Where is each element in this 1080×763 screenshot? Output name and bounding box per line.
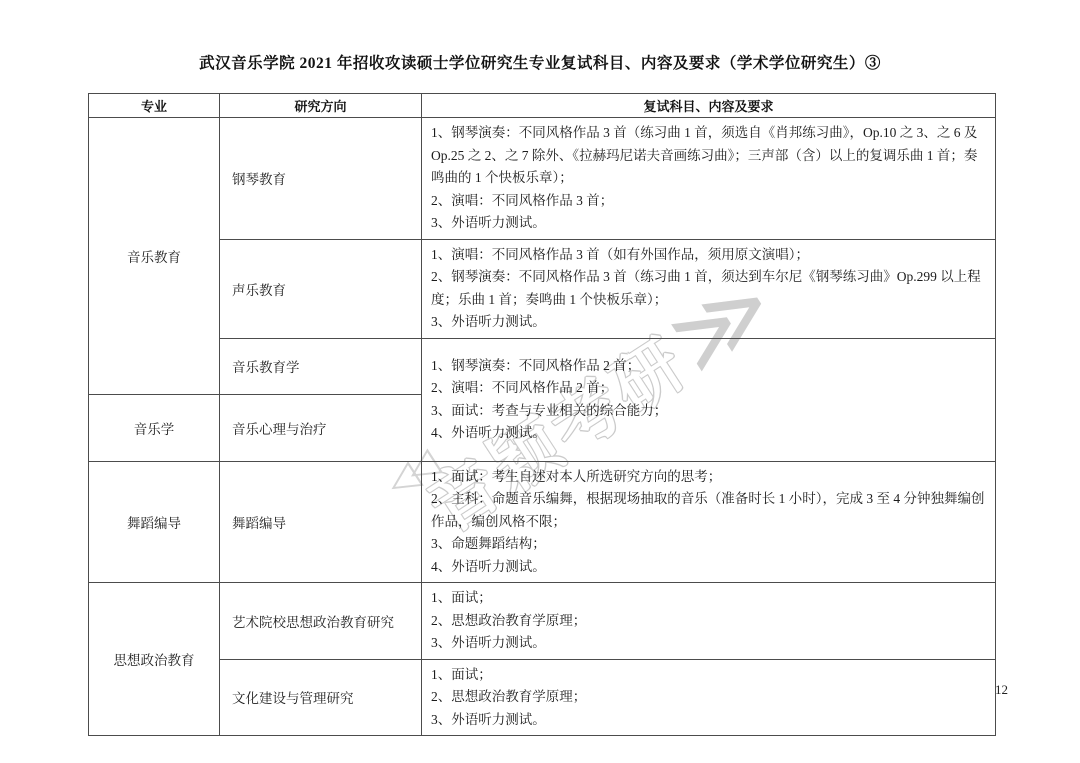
- document-page: 武汉音乐学院 2021 年招收攻读硕士学位研究生专业复试科目、内容及要求（学术学…: [0, 0, 1080, 763]
- col-header-requirements: 复试科目、内容及要求: [422, 94, 996, 118]
- direction-cell-culture-construction-management: 文化建设与管理研究: [220, 659, 422, 736]
- direction-cell-art-school-ideological-research: 艺术院校思想政治教育研究: [220, 583, 422, 660]
- requirements-cell-dance-choreography: 1、面试：考生自述对本人所选研究方向的思考； 2、主科：命题音乐编舞，根据现场抽…: [422, 461, 996, 583]
- requirements-cell-art-school-ideological-research: 1、面试； 2、思想政治教育学原理； 3、外语听力测试。: [422, 583, 996, 660]
- direction-cell-music-pedagogy: 音乐教育学: [220, 338, 422, 394]
- major-cell-musicology: 音乐学: [89, 394, 220, 461]
- requirements-cell-vocal-education: 1、演唱：不同风格作品 3 首（如有外国作品，须用原文演唱）； 2、钢琴演奏：不…: [422, 239, 996, 338]
- table-row: 音乐教育学 1、钢琴演奏：不同风格作品 2 首； 2、演唱：不同风格作品 2 首…: [89, 338, 996, 394]
- page-title: 武汉音乐学院 2021 年招收攻读硕士学位研究生专业复试科目、内容及要求（学术学…: [0, 51, 1080, 73]
- retest-requirements-table: 专业 研究方向 复试科目、内容及要求 音乐教育 钢琴教育 1、钢琴演奏：不同风格…: [88, 93, 996, 736]
- direction-cell-piano-education: 钢琴教育: [220, 118, 422, 240]
- direction-cell-vocal-education: 声乐教育: [220, 239, 422, 338]
- major-cell-dance-choreography: 舞蹈编导: [89, 461, 220, 583]
- table-row: 思想政治教育 艺术院校思想政治教育研究 1、面试； 2、思想政治教育学原理； 3…: [89, 583, 996, 660]
- direction-cell-dance-choreography: 舞蹈编导: [220, 461, 422, 583]
- requirements-cell-culture-construction-management: 1、面试； 2、思想政治教育学原理； 3、外语听力测试。: [422, 659, 996, 736]
- table-row: 声乐教育 1、演唱：不同风格作品 3 首（如有外国作品，须用原文演唱）； 2、钢…: [89, 239, 996, 338]
- table-header-row: 专业 研究方向 复试科目、内容及要求: [89, 94, 996, 118]
- major-cell-ideological-political-education: 思想政治教育: [89, 583, 220, 736]
- requirements-cell-piano-education: 1、钢琴演奏：不同风格作品 3 首（练习曲 1 首，须选自《肖邦练习曲》，Op.…: [422, 118, 996, 240]
- col-header-direction: 研究方向: [220, 94, 422, 118]
- col-header-major: 专业: [89, 94, 220, 118]
- page-number: 12: [995, 682, 1008, 698]
- table-row: 文化建设与管理研究 1、面试； 2、思想政治教育学原理； 3、外语听力测试。: [89, 659, 996, 736]
- requirements-cell-music-pedagogy-and-psychology: 1、钢琴演奏：不同风格作品 2 首； 2、演唱：不同风格作品 2 首； 3、面试…: [422, 338, 996, 461]
- table-row: 音乐教育 钢琴教育 1、钢琴演奏：不同风格作品 3 首（练习曲 1 首，须选自《…: [89, 118, 996, 240]
- direction-cell-music-psychology-therapy: 音乐心理与治疗: [220, 394, 422, 461]
- major-cell-music-education: 音乐教育: [89, 118, 220, 395]
- table-row: 舞蹈编导 舞蹈编导 1、面试：考生自述对本人所选研究方向的思考； 2、主科：命题…: [89, 461, 996, 583]
